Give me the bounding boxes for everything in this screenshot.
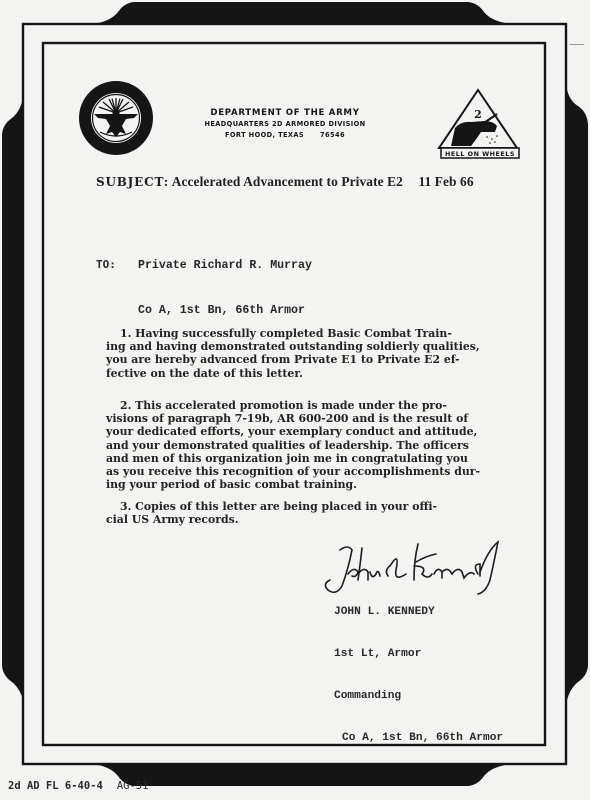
corner-mark: [570, 44, 584, 45]
paragraph-line: ing your period of basic combat training…: [106, 478, 506, 491]
letter-date: 11 Feb 66: [418, 174, 473, 189]
letterhead-department: DEPARTMENT OF THE ARMY: [180, 107, 390, 119]
signer-title: Commanding: [334, 689, 503, 703]
paragraph-line: cial US Army records.: [106, 513, 506, 526]
paragraph-line: your dedicated efforts, your exemplary c…: [106, 425, 506, 438]
paragraph-line: 3. Copies of this letter are being place…: [106, 500, 506, 513]
letterhead-headquarters: HEADQUARTERS 2D ARMORED DIVISION: [180, 119, 390, 130]
paragraph-line: 2. This accelerated promotion is made un…: [106, 399, 506, 412]
paragraph-1: 1. Having successfully completed Basic C…: [106, 327, 506, 380]
paragraph-line: you are hereby advanced from Private E1 …: [106, 353, 506, 366]
paragraph-line: and men of this organization join me in …: [106, 452, 506, 465]
svg-text:2: 2: [474, 108, 482, 121]
armored-division-patch-icon: 2 HELL ON WHEELS: [437, 88, 523, 160]
signer-unit: Co A, 1st Bn, 66th Armor: [334, 731, 503, 745]
svg-text:HELL ON WHEELS: HELL ON WHEELS: [445, 150, 515, 158]
paragraph-line: as you receive this recognition of your …: [106, 465, 506, 478]
paragraph-line: visions of paragraph 7-19b, AR 600-200 a…: [106, 412, 506, 425]
paragraph-3: 3. Copies of this letter are being place…: [106, 500, 506, 526]
paragraph-line: fective on the date of this letter.: [106, 367, 506, 380]
addressee-block: TO:Private Richard R. Murray Co A, 1st B…: [96, 227, 312, 333]
signature-block: JOHN L. KENNEDY 1st Lt, Armor Commanding…: [334, 577, 503, 759]
subject-label: SUBJECT:: [96, 175, 169, 189]
form-code: AG-51: [117, 780, 149, 792]
paragraph-line: and your demonstrated qualities of leade…: [106, 439, 506, 452]
paragraph-line: ing and having demonstrated outstanding …: [106, 340, 506, 353]
addressee-name: Private Richard R. Murray: [138, 259, 312, 272]
paragraph-line: 1. Having successfully completed Basic C…: [106, 327, 506, 340]
subject-text: Accelerated Advancement to Private E2: [172, 174, 403, 189]
subject-line: SUBJECT: Accelerated Advancement to Priv…: [96, 174, 474, 190]
letterhead: DEPARTMENT OF THE ARMY HEADQUARTERS 2D A…: [180, 107, 390, 141]
letterhead-address: FORT HOOD, TEXAS76546: [180, 130, 390, 141]
addressee-unit: Co A, 1st Bn, 66th Armor: [96, 303, 312, 318]
form-number: 2d AD FL 6-40-4AG-51: [8, 780, 148, 792]
form-id: 2d AD FL 6-40-4: [8, 780, 103, 792]
to-label: TO:: [96, 257, 138, 272]
letterhead-zip: 76546: [320, 131, 345, 139]
letterhead-city: FORT HOOD, TEXAS: [225, 131, 304, 139]
signer-rank: 1st Lt, Armor: [334, 647, 503, 661]
army-eagle-seal-icon: [78, 80, 154, 156]
signer-name: JOHN L. KENNEDY: [334, 605, 503, 619]
paragraph-2: 2. This accelerated promotion is made un…: [106, 399, 506, 491]
